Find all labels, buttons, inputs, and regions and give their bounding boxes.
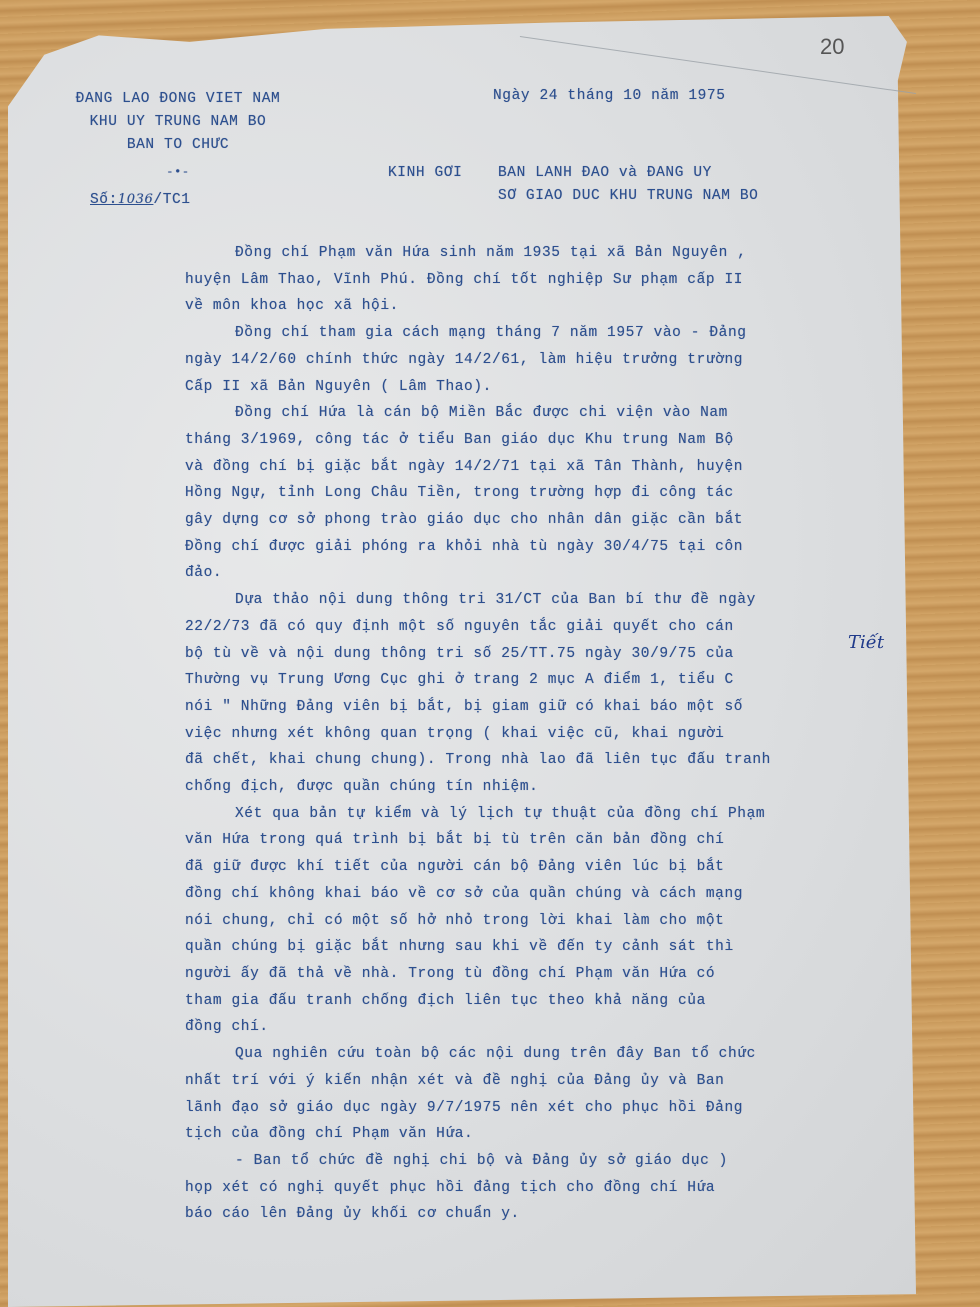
- reference-prefix: Số:: [90, 192, 118, 208]
- body-line: về môn khoa học xã hội.: [185, 293, 905, 320]
- body-line: Thường vụ Trung Ương Cục ghi ở trang 2 m…: [185, 667, 905, 694]
- body-line: gây dựng cơ sở phong trào giáo dục cho n…: [185, 507, 905, 534]
- header-line-party: ĐANG LAO ĐONG VIET NAM: [58, 88, 298, 111]
- body-line: báo cáo lên Đảng ủy khối cơ chuẩn y.: [185, 1201, 905, 1228]
- reference-number: Số:1036/TC1: [90, 192, 191, 208]
- body-line: việc nhưng xét không quan trọng ( khai v…: [185, 721, 905, 748]
- header-separator: -•-: [58, 157, 298, 187]
- body-line: nói chung, chỉ có một số hở nhỏ trong lờ…: [185, 908, 905, 935]
- header-line-department: BAN TO CHƯC: [58, 134, 298, 157]
- body-line: tham gia đấu tranh chống địch liên tục t…: [185, 988, 905, 1015]
- body-line: đồng chí.: [185, 1014, 905, 1041]
- document-date: Ngày 24 tháng 10 năm 1975: [493, 88, 726, 104]
- body-line: tịch của đồng chí Phạm văn Hứa.: [185, 1121, 905, 1148]
- body-line: - Ban tổ chức đề nghị chi bộ và Đảng ủy …: [185, 1148, 905, 1175]
- letter-body: Đồng chí Phạm văn Hứa sinh năm 1935 tại …: [185, 240, 905, 1228]
- recipient-line-1: BAN LANH ĐAO và ĐANG UY: [498, 162, 712, 185]
- body-line: huyện Lâm Thao, Vĩnh Phú. Đồng chí tốt n…: [185, 267, 905, 294]
- body-line: quần chúng bị giặc bắt nhưng sau khi về …: [185, 934, 905, 961]
- body-line: tháng 3/1969, công tác ở tiểu Ban giáo d…: [185, 427, 905, 454]
- body-line: 22/2/73 đã có quy định một số nguyên tắc…: [185, 614, 905, 641]
- handwritten-annotation: Tiết: [848, 632, 884, 653]
- body-line: nhất trí với ý kiến nhận xét và đề nghị …: [185, 1068, 905, 1095]
- reference-handwritten-number: 1036: [118, 192, 153, 207]
- body-line: ngày 14/2/60 chính thức ngày 14/2/61, là…: [185, 347, 905, 374]
- body-line: Đồng chí Hứa là cán bộ Miền Bắc được chi…: [185, 400, 905, 427]
- body-line: bộ tù về và nội dung thông tri số 25/TT.…: [185, 641, 905, 668]
- body-line: lãnh đạo sở giáo dục ngày 9/7/1975 nên x…: [185, 1095, 905, 1122]
- body-line: Qua nghiên cứu toàn bộ các nội dung trên…: [185, 1041, 905, 1068]
- handwritten-page-number: 20: [820, 34, 844, 60]
- body-line: Đồng chí tham gia cách mạng tháng 7 năm …: [185, 320, 905, 347]
- recipient-block: KINH GƠI BAN LANH ĐAO và ĐANG UY SƠ GIAO…: [388, 162, 758, 208]
- body-line: chống địch, được quần chúng tín nhiệm.: [185, 774, 905, 801]
- issuing-organization-header: ĐANG LAO ĐONG VIET NAM KHU UY TRUNG NAM …: [58, 88, 298, 187]
- body-line: đảo.: [185, 560, 905, 587]
- body-line: Đồng chí được giải phóng ra khỏi nhà tù …: [185, 534, 905, 561]
- body-line: Hồng Ngự, tỉnh Long Châu Tiền, trong trư…: [185, 480, 905, 507]
- body-line: Dựa thảo nội dung thông tri 31/CT của Ba…: [185, 587, 905, 614]
- body-line: họp xét có nghị quyết phục hồi đảng tịch…: [185, 1175, 905, 1202]
- header-line-committee: KHU UY TRUNG NAM BO: [58, 111, 298, 134]
- body-line: Xét qua bản tự kiểm và lý lịch tự thuật …: [185, 801, 905, 828]
- body-line: Đồng chí Phạm văn Hứa sinh năm 1935 tại …: [185, 240, 905, 267]
- reference-suffix: /TC1: [153, 192, 190, 208]
- body-line: đã chết, khai chung chung). Trong nhà la…: [185, 747, 905, 774]
- body-line: người ấy đã thả về nhà. Trong tù đồng ch…: [185, 961, 905, 988]
- body-line: đồng chí không khai báo về cơ sở của quầ…: [185, 881, 905, 908]
- recipient-label: KINH GƠI: [388, 162, 498, 185]
- body-line: Cấp II xã Bản Nguyên ( Lâm Thao).: [185, 374, 905, 401]
- body-line: nói " Những Đảng viên bị bắt, bị giam gi…: [185, 694, 905, 721]
- body-line: đã giữ được khí tiết của người cán bộ Đả…: [185, 854, 905, 881]
- body-line: và đồng chí bị giặc bắt ngày 14/2/71 tại…: [185, 454, 905, 481]
- recipient-line-2: SƠ GIAO DUC KHU TRUNG NAM BO: [498, 185, 758, 208]
- body-line: văn Hứa trong quá trình bị bắt bị tù trê…: [185, 827, 905, 854]
